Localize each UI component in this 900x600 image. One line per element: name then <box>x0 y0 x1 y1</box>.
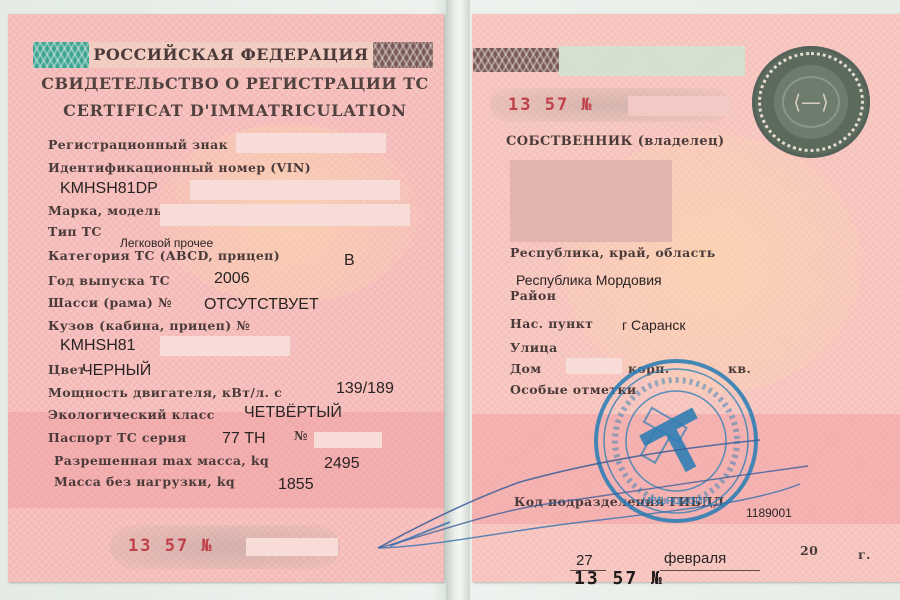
region-label: Республика, край, область <box>510 245 716 260</box>
back-serial-redacted <box>628 96 732 116</box>
locality-label: Нас. пункт <box>510 316 593 331</box>
ornament-brown-right <box>473 48 559 72</box>
passport-series: 77 ТН <box>222 430 266 448</box>
eco-class-value: ЧЕТВЁРТЫЙ <box>244 404 342 422</box>
passport-label: Паспорт ТС серия <box>48 430 187 445</box>
gibdd-stamp-icon: МВД РОССИИ <box>586 356 766 526</box>
max-mass-value: 2495 <box>324 455 360 473</box>
make-model-redacted <box>160 204 410 226</box>
front-serial-prefix: 13 57 № <box>128 536 214 556</box>
make-model-label: Марка, модель <box>48 203 162 218</box>
date-year-suffix: г. <box>858 547 871 562</box>
body-label: Кузов (кабина, прицеп) № <box>48 318 250 333</box>
house-label: Дом <box>510 361 542 376</box>
category-value: B <box>344 252 355 270</box>
seal-emblem-icon: ⟨—⟩ <box>793 90 829 114</box>
reg-plate-label: Регистрационный знак <box>48 137 228 152</box>
street-label: Улица <box>510 340 558 355</box>
hologram-seal: ⟨—⟩ <box>752 46 870 158</box>
ornament-teal <box>33 42 89 68</box>
vin-redacted <box>190 180 400 200</box>
back-serial-prefix: 13 57 № <box>508 95 594 115</box>
date-month: февраля <box>664 550 726 567</box>
year-value: 2006 <box>214 270 250 288</box>
owner-heading: СОБСТВЕННИК (владелец) <box>506 134 725 149</box>
body-redacted <box>160 336 290 356</box>
color-label: Цвет <box>48 362 86 377</box>
owner-name-redacted <box>510 160 672 242</box>
front-serial-redacted <box>246 538 338 556</box>
max-mass-label: Разрешенная max масса, kq <box>54 453 269 468</box>
document-title-fr: CERTIFICAT D'IMMATRICULATION <box>30 101 440 120</box>
ornament-brown <box>373 42 433 68</box>
engine-power-label: Мощность двигателя, кВт/л. с <box>48 385 282 400</box>
passport-number-redacted <box>314 432 382 448</box>
page-separator <box>446 0 470 600</box>
chassis-value: ОТСУТСТВУЕТ <box>204 296 319 314</box>
category-label: Категория ТС (ABCD, прицеп) <box>48 248 280 263</box>
document-title-ru: СВИДЕТЕЛЬСТВО О РЕГИСТРАЦИИ ТС <box>30 74 440 93</box>
stamp-text: МВД РОССИИ <box>642 496 709 507</box>
ornament-green-band <box>559 46 745 76</box>
year-label: Год выпуска ТС <box>48 273 170 288</box>
engine-power-value: 139/189 <box>336 380 394 398</box>
unladen-mass-label: Масса без нагрузки, kq <box>54 474 235 489</box>
body-value: KMHSH81 <box>60 337 136 355</box>
date-year-prefix: 20 <box>800 543 818 558</box>
date-day: 27 <box>576 552 593 569</box>
passport-number-label: № <box>294 428 308 443</box>
vin-label: Идентификационный номер (VIN) <box>48 160 311 175</box>
date-month-underline <box>660 570 760 571</box>
reg-plate-redacted <box>236 133 386 153</box>
vin-value: KMHSH81DP <box>60 180 158 198</box>
bottom-serial: 13 57 № <box>574 568 664 589</box>
chassis-label: Шасси (рама) № <box>48 295 172 310</box>
locality-value: г Саранск <box>622 317 685 333</box>
unladen-mass-value: 1855 <box>278 476 314 494</box>
region-value: Республика Мордовия <box>516 272 662 288</box>
color-value: ЧЕРНЫЙ <box>82 362 151 380</box>
country-header: РОССИЙСКАЯ ФЕДЕРАЦИЯ <box>33 42 433 68</box>
vehicle-type-label: Тип ТС <box>48 224 102 239</box>
country-name: РОССИЙСКАЯ ФЕДЕРАЦИЯ <box>89 42 373 68</box>
district-label: Район <box>510 288 556 303</box>
eco-class-label: Экологический класс <box>48 407 215 422</box>
